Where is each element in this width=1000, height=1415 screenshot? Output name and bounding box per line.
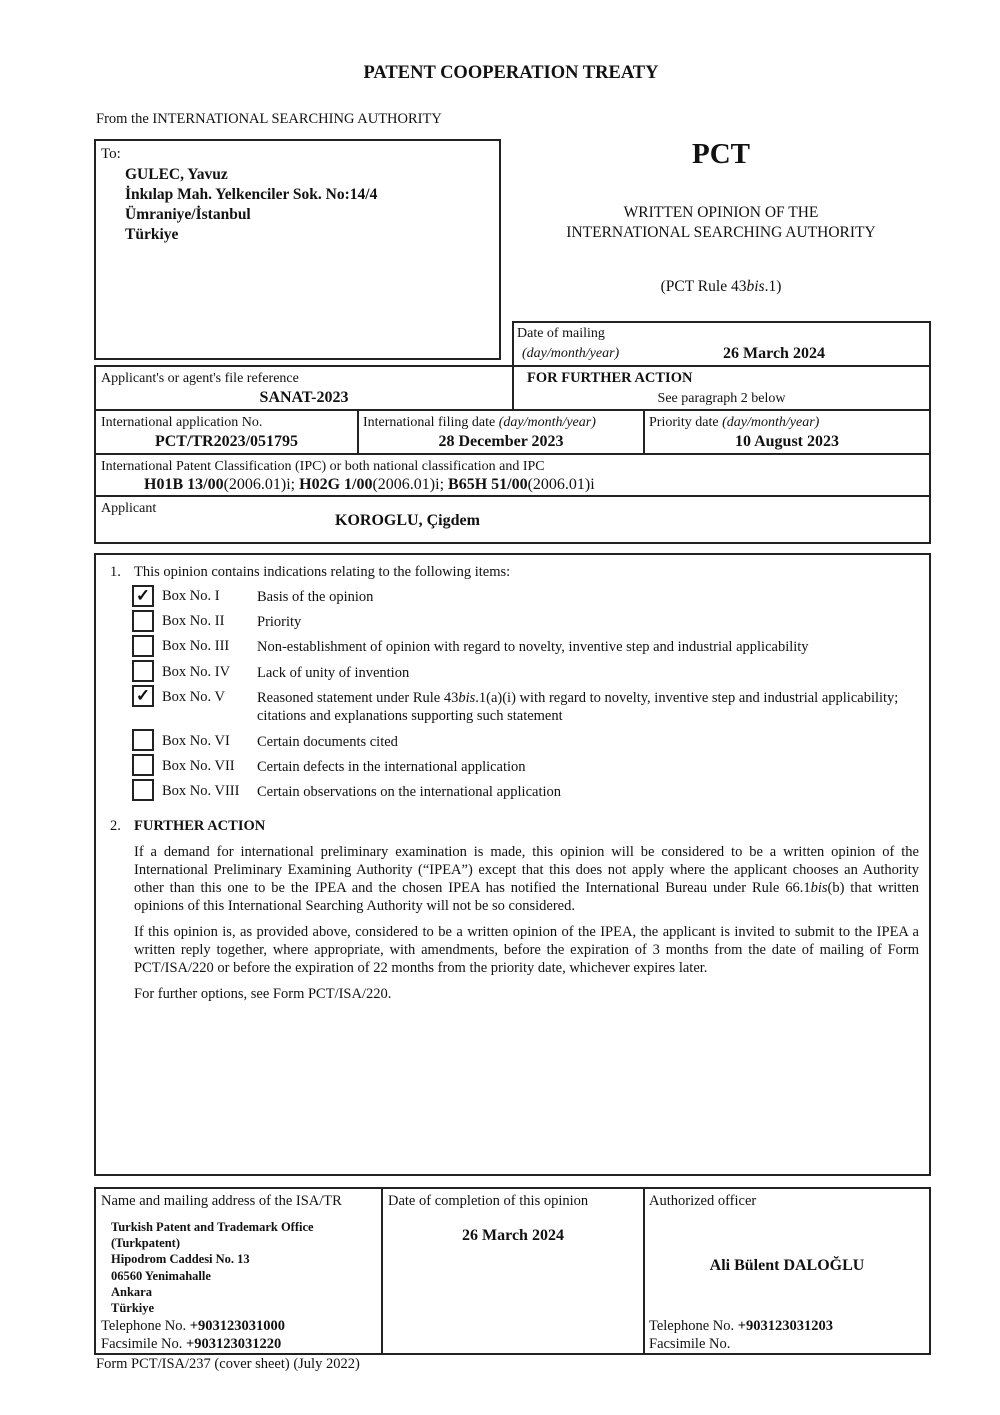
- section1-intro: This opinion contains indications relati…: [134, 564, 510, 581]
- checkbox-box-vii[interactable]: [132, 754, 154, 776]
- ipc-sep: ;: [291, 476, 299, 493]
- isa-address: Turkish Patent and Trademark Office (Tur…: [111, 1219, 314, 1316]
- filing-label-text: International filing date: [363, 415, 495, 430]
- checkbox-box-iii[interactable]: [132, 635, 154, 657]
- recipient-box: To: GULEC, Yavuz İnkılap Mah. Yelkencile…: [94, 139, 501, 360]
- check-icon: ✓: [136, 686, 150, 705]
- check-icon: ✓: [136, 586, 150, 605]
- box-description: Non-establishment of opinion with regard…: [257, 638, 809, 656]
- isa-phone-label: Telephone No.: [101, 1318, 186, 1334]
- ipc-code: H01B 13/00: [144, 476, 224, 493]
- isa-phone-value: +903123031000: [190, 1318, 285, 1334]
- document-title: PATENT COOPERATION TREATY: [0, 63, 1000, 84]
- isa-fax-label: Facsimile No.: [101, 1336, 182, 1352]
- completion-date: 26 March 2024: [383, 1226, 643, 1245]
- ipc-code: B65H 51/00: [448, 476, 528, 493]
- section2-title: FURTHER ACTION: [134, 818, 265, 835]
- isa-address-line: (Turkpatent): [111, 1235, 314, 1251]
- filing-date-label: International filing date (day/month/yea…: [363, 414, 596, 431]
- pct-acronym: PCT: [512, 138, 930, 171]
- ipc-codes: H01B 13/00(2006.01)i; H02G 1/00(2006.01)…: [144, 475, 595, 494]
- officer-phone-label: Telephone No.: [649, 1318, 734, 1334]
- file-reference-row: Applicant's or agent's file reference SA…: [94, 365, 931, 411]
- applicant-name: KOROGLU, Çigdem: [335, 511, 480, 530]
- file-reference-value: SANAT-2023: [96, 388, 512, 407]
- priority-sublabel: (day/month/year): [722, 415, 819, 430]
- ipc-row: International Patent Classification (IPC…: [94, 453, 931, 497]
- isa-fax-value: +903123031220: [186, 1336, 281, 1352]
- application-row: International application No. PCT/TR2023…: [94, 409, 931, 455]
- box-no-label: Box No. VI: [162, 733, 230, 750]
- address-line: Ümraniye/İstanbul: [125, 205, 377, 225]
- form-title-line1: WRITTEN OPINION OF THE: [512, 203, 930, 223]
- rule-prefix: (PCT Rule 43: [661, 278, 747, 295]
- checkbox-box-i[interactable]: ✓: [132, 585, 154, 607]
- box-description: Priority: [257, 613, 301, 631]
- recipient-address: GULEC, Yavuz İnkılap Mah. Yelkenciler So…: [125, 165, 377, 245]
- box-description: Certain defects in the international app…: [257, 758, 526, 776]
- box-no-label: Box No. III: [162, 638, 229, 655]
- box-description: Certain documents cited: [257, 733, 398, 751]
- filing-date-value: 28 December 2023: [359, 432, 643, 451]
- officer-facsimile: Facsimile No.: [649, 1336, 730, 1353]
- section1-number: 1.: [110, 564, 121, 581]
- mailing-date-sublabel: (day/month/year): [522, 345, 619, 362]
- priority-date-label: Priority date (day/month/year): [649, 414, 819, 431]
- checkbox-box-viii[interactable]: [132, 779, 154, 801]
- officer-name: Ali Bülent DALOĞLU: [645, 1256, 929, 1275]
- checkbox-box-iv[interactable]: [132, 660, 154, 682]
- isa-address-line: 06560 Yenimahalle: [111, 1268, 314, 1284]
- applicant-row: Applicant KOROGLU, Çigdem: [94, 495, 931, 544]
- checkbox-box-vi[interactable]: [132, 729, 154, 751]
- ipc-version: (2006.01)i: [224, 476, 291, 493]
- isa-address-line: Turkish Patent and Trademark Office: [111, 1219, 314, 1235]
- checkbox-box-ii[interactable]: [132, 610, 154, 632]
- ipc-version: (2006.01)i: [528, 476, 595, 493]
- box-no-label: Box No. VII: [162, 758, 235, 775]
- officer-label: Authorized officer: [649, 1193, 756, 1210]
- application-number-value: PCT/TR2023/051795: [96, 432, 357, 451]
- box-description: Basis of the opinion: [257, 588, 373, 606]
- address-line: İnkılap Mah. Yelkenciler Sok. No:14/4: [125, 185, 377, 205]
- form-rule: (PCT Rule 43bis.1): [512, 278, 930, 296]
- isa-address-line: Türkiye: [111, 1300, 314, 1316]
- further-action-paragraph-1: If a demand for international preliminar…: [134, 843, 919, 915]
- box-no-label: Box No. VIII: [162, 783, 239, 800]
- box-description: Certain observations on the internationa…: [257, 783, 561, 801]
- box-description: Reasoned statement under Rule 43bis.1(a)…: [257, 689, 922, 725]
- form-title-line2: INTERNATIONAL SEARCHING AUTHORITY: [512, 223, 930, 243]
- form-title: WRITTEN OPINION OF THE INTERNATIONAL SEA…: [512, 203, 930, 243]
- from-line: From the INTERNATIONAL SEARCHING AUTHORI…: [96, 111, 442, 128]
- authority-box: Name and mailing address of the ISA/TR T…: [94, 1187, 931, 1355]
- box-no-label: Box No. I: [162, 588, 220, 605]
- section2-number: 2.: [110, 818, 121, 835]
- ipc-version: (2006.01)i: [372, 476, 439, 493]
- box-no-label: Box No. IV: [162, 664, 230, 681]
- box-no-label: Box No. V: [162, 689, 225, 706]
- further-action-note: See paragraph 2 below: [514, 390, 929, 407]
- address-line: GULEC, Yavuz: [125, 165, 377, 185]
- further-action-paragraph-2: If this opinion is, as provided above, c…: [134, 923, 919, 977]
- isa-telephone: Telephone No. +903123031000: [101, 1318, 285, 1335]
- applicant-label: Applicant: [101, 500, 156, 517]
- mailing-date-box: Date of mailing (day/month/year) 26 Marc…: [512, 321, 931, 367]
- ipc-sep: ;: [440, 476, 448, 493]
- ipc-code: H02G 1/00: [299, 476, 372, 493]
- filing-sublabel: (day/month/year): [499, 415, 596, 430]
- mailing-date-value: 26 March 2024: [664, 344, 884, 363]
- box-no-label: Box No. II: [162, 613, 224, 630]
- isa-label: Name and mailing address of the ISA/TR: [101, 1193, 342, 1210]
- priority-label-text: Priority date: [649, 415, 719, 430]
- completion-label: Date of completion of this opinion: [388, 1193, 588, 1210]
- rule-italic: bis: [746, 278, 764, 295]
- file-reference-label: Applicant's or agent's file reference: [101, 370, 299, 387]
- officer-phone-value: +903123031203: [738, 1318, 833, 1334]
- ipc-label: International Patent Classification (IPC…: [101, 458, 545, 475]
- mailing-date-label: Date of mailing: [517, 325, 605, 342]
- isa-address-line: Ankara: [111, 1284, 314, 1300]
- form-identifier: Form PCT/ISA/237 (cover sheet) (July 202…: [96, 1356, 360, 1373]
- further-action-paragraph-3: For further options, see Form PCT/ISA/22…: [134, 985, 919, 1003]
- checkbox-box-v[interactable]: ✓: [132, 685, 154, 707]
- further-action-title: FOR FURTHER ACTION: [527, 370, 692, 387]
- rule-suffix: .1): [765, 278, 782, 295]
- priority-date-value: 10 August 2023: [645, 432, 929, 451]
- box-description: Lack of unity of invention: [257, 664, 409, 682]
- officer-telephone: Telephone No. +903123031203: [649, 1318, 833, 1335]
- address-line: Türkiye: [125, 225, 377, 245]
- recipient-label: To:: [101, 146, 121, 163]
- isa-address-line: Hipodrom Caddesi No. 13: [111, 1251, 314, 1267]
- isa-facsimile: Facsimile No. +903123031220: [101, 1336, 281, 1353]
- application-number-label: International application No.: [101, 414, 262, 431]
